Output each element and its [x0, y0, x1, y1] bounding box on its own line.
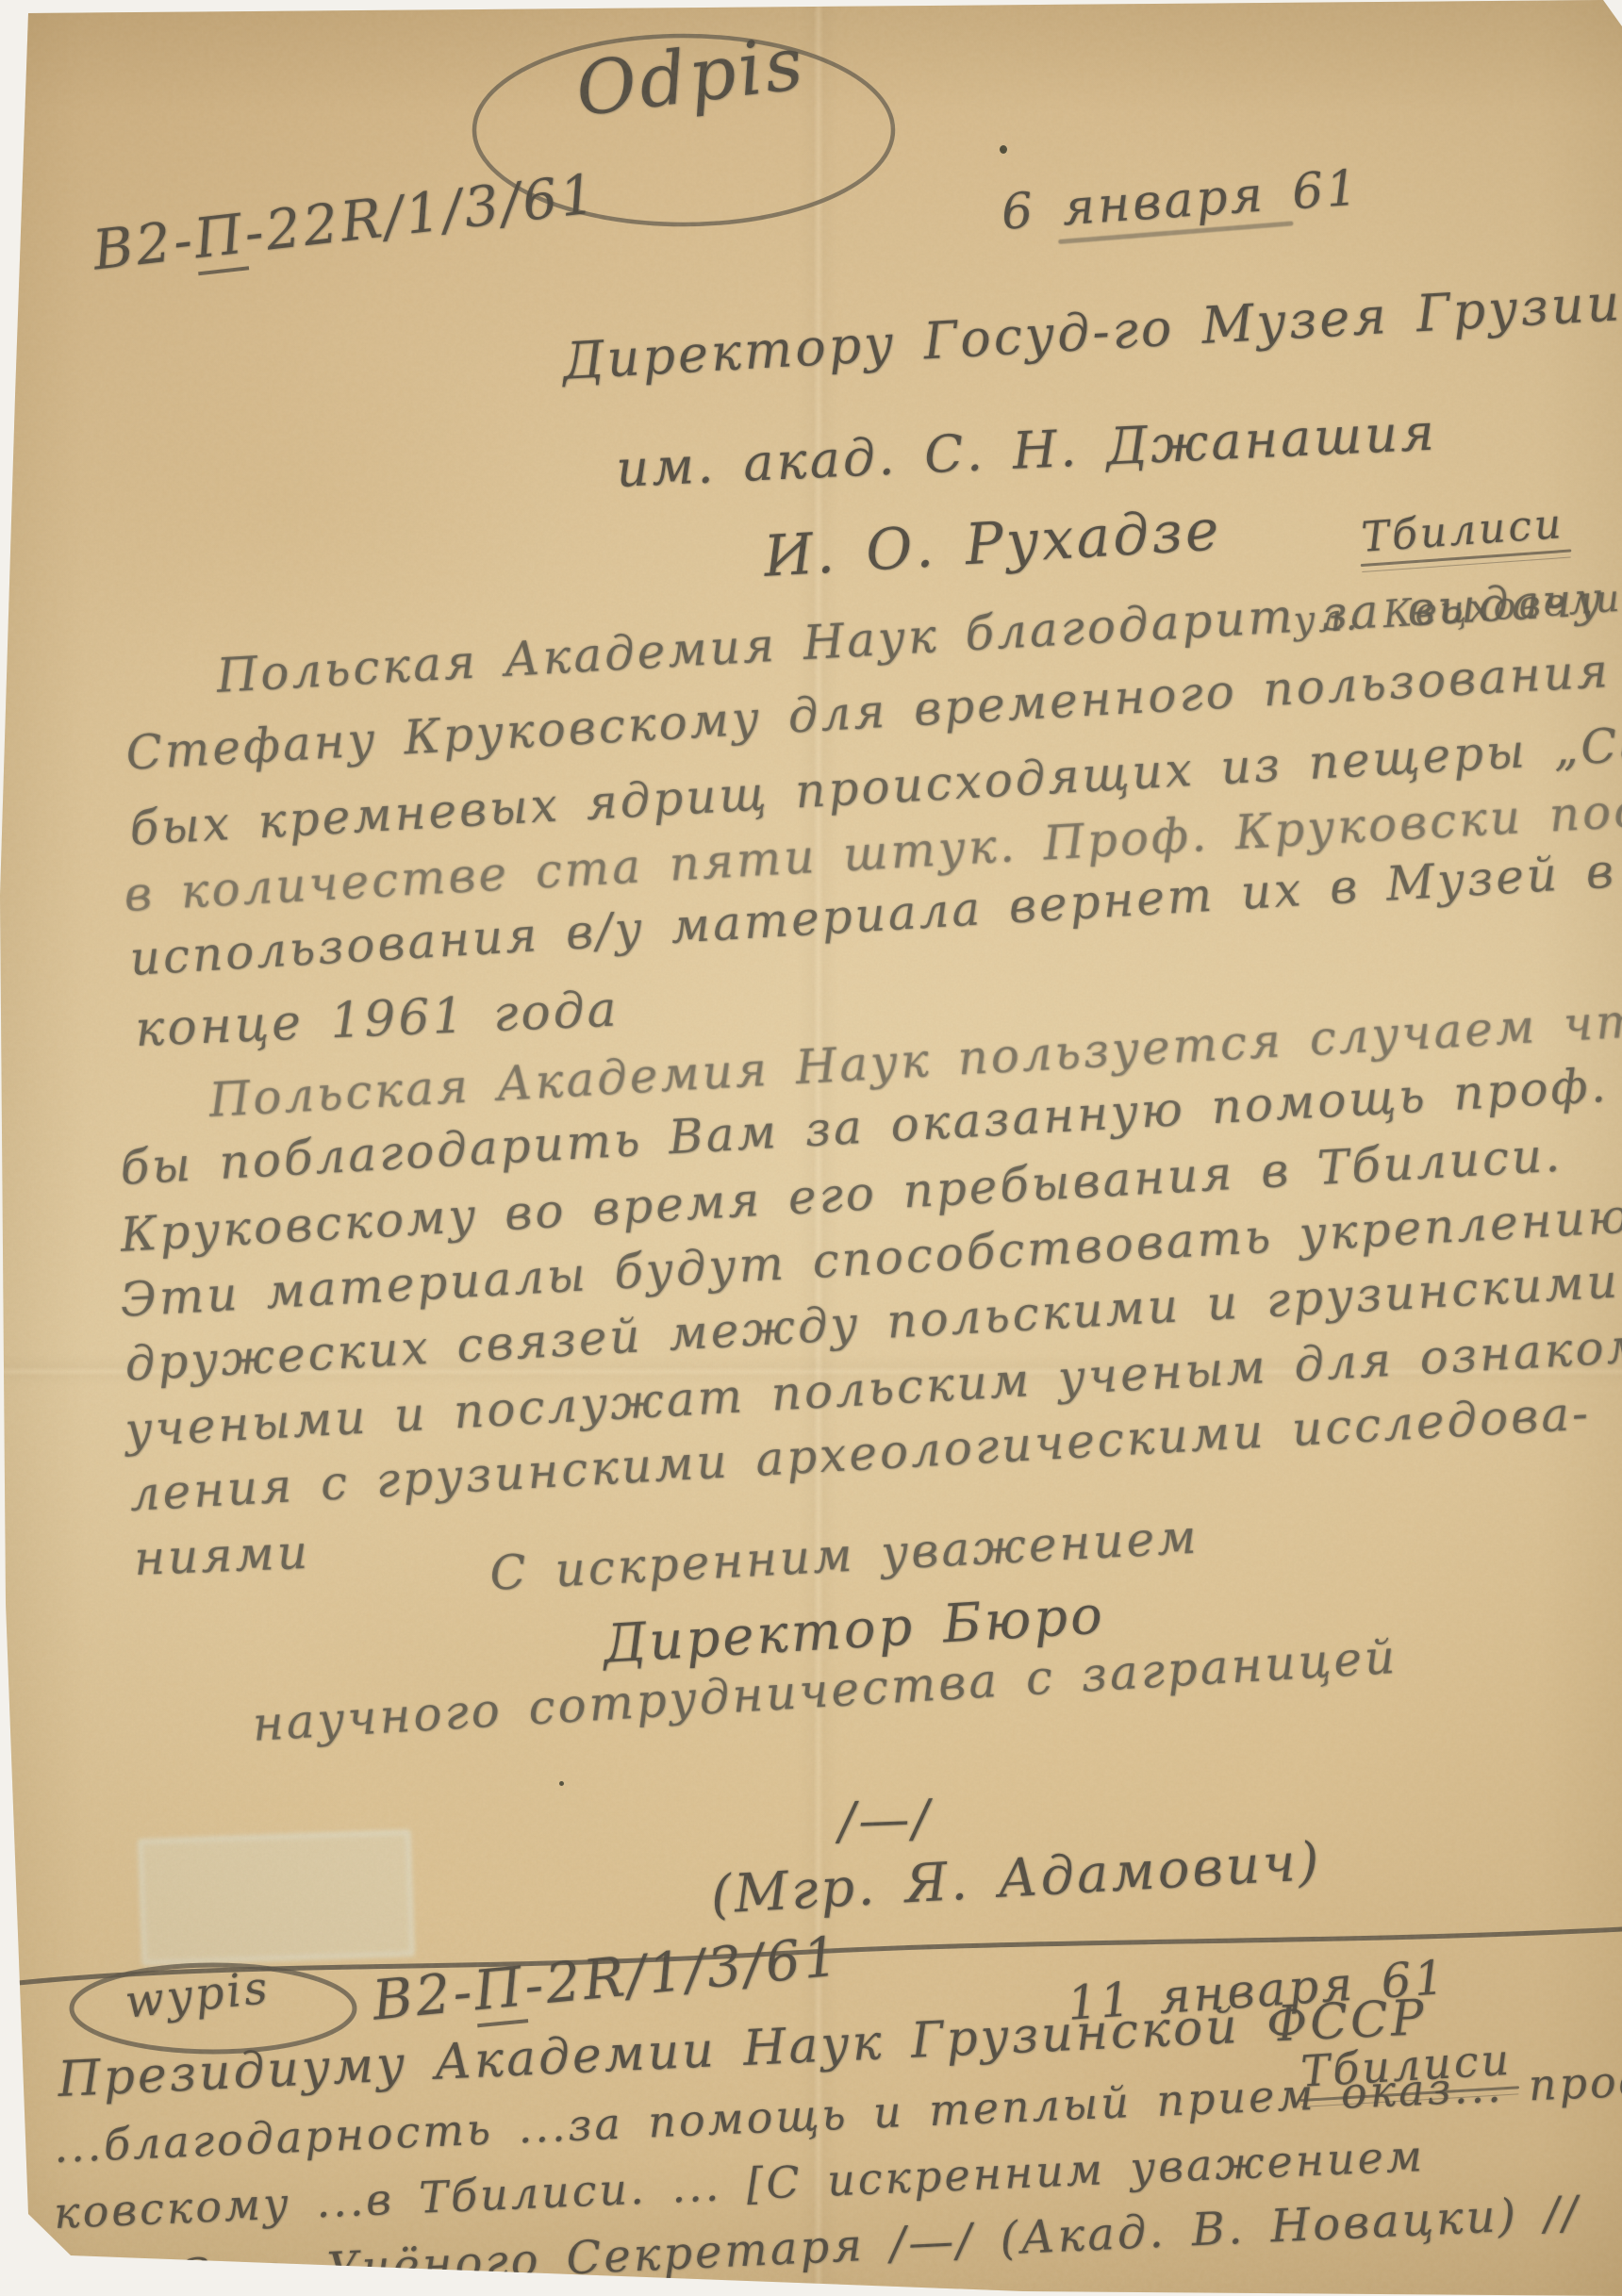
city-label: Тбилиси [1360, 500, 1565, 562]
paper-speck [559, 1781, 564, 1786]
reference-roman-numeral: П [190, 202, 249, 276]
scanned-letter-page: Odpis B2-П-22R/1/3/61 6 января 61 Директ… [0, 0, 1622, 2296]
signature-mark: /—/ [837, 1789, 934, 1851]
reference-prefix: B2- [370, 1959, 477, 2033]
addressee-line: им. акад. С. Н. Джанашия [615, 402, 1438, 498]
reference-roman-numeral: П [472, 1955, 528, 2028]
body-line: конце 1961 года [134, 981, 621, 1057]
paper-speck [1000, 145, 1007, 154]
paper-sheet: Odpis B2-П-22R/1/3/61 6 января 61 Директ… [0, 0, 1622, 2296]
addressee-line: Директору Госуд-го Музея Грузии [561, 273, 1622, 391]
reference-suffix: -22R/1/3/61 [241, 161, 602, 265]
city-underlined: Тбилиси [1360, 500, 1565, 562]
signature-name: (Мгр. Я. Адамович) [709, 1831, 1323, 1926]
addressee-name: И. О. Рухадзе [762, 497, 1223, 590]
reference-prefix: B2- [90, 207, 198, 283]
body-line: ниями [133, 1525, 311, 1586]
reference-number: B2-П-22R/1/3/61 [90, 161, 601, 282]
